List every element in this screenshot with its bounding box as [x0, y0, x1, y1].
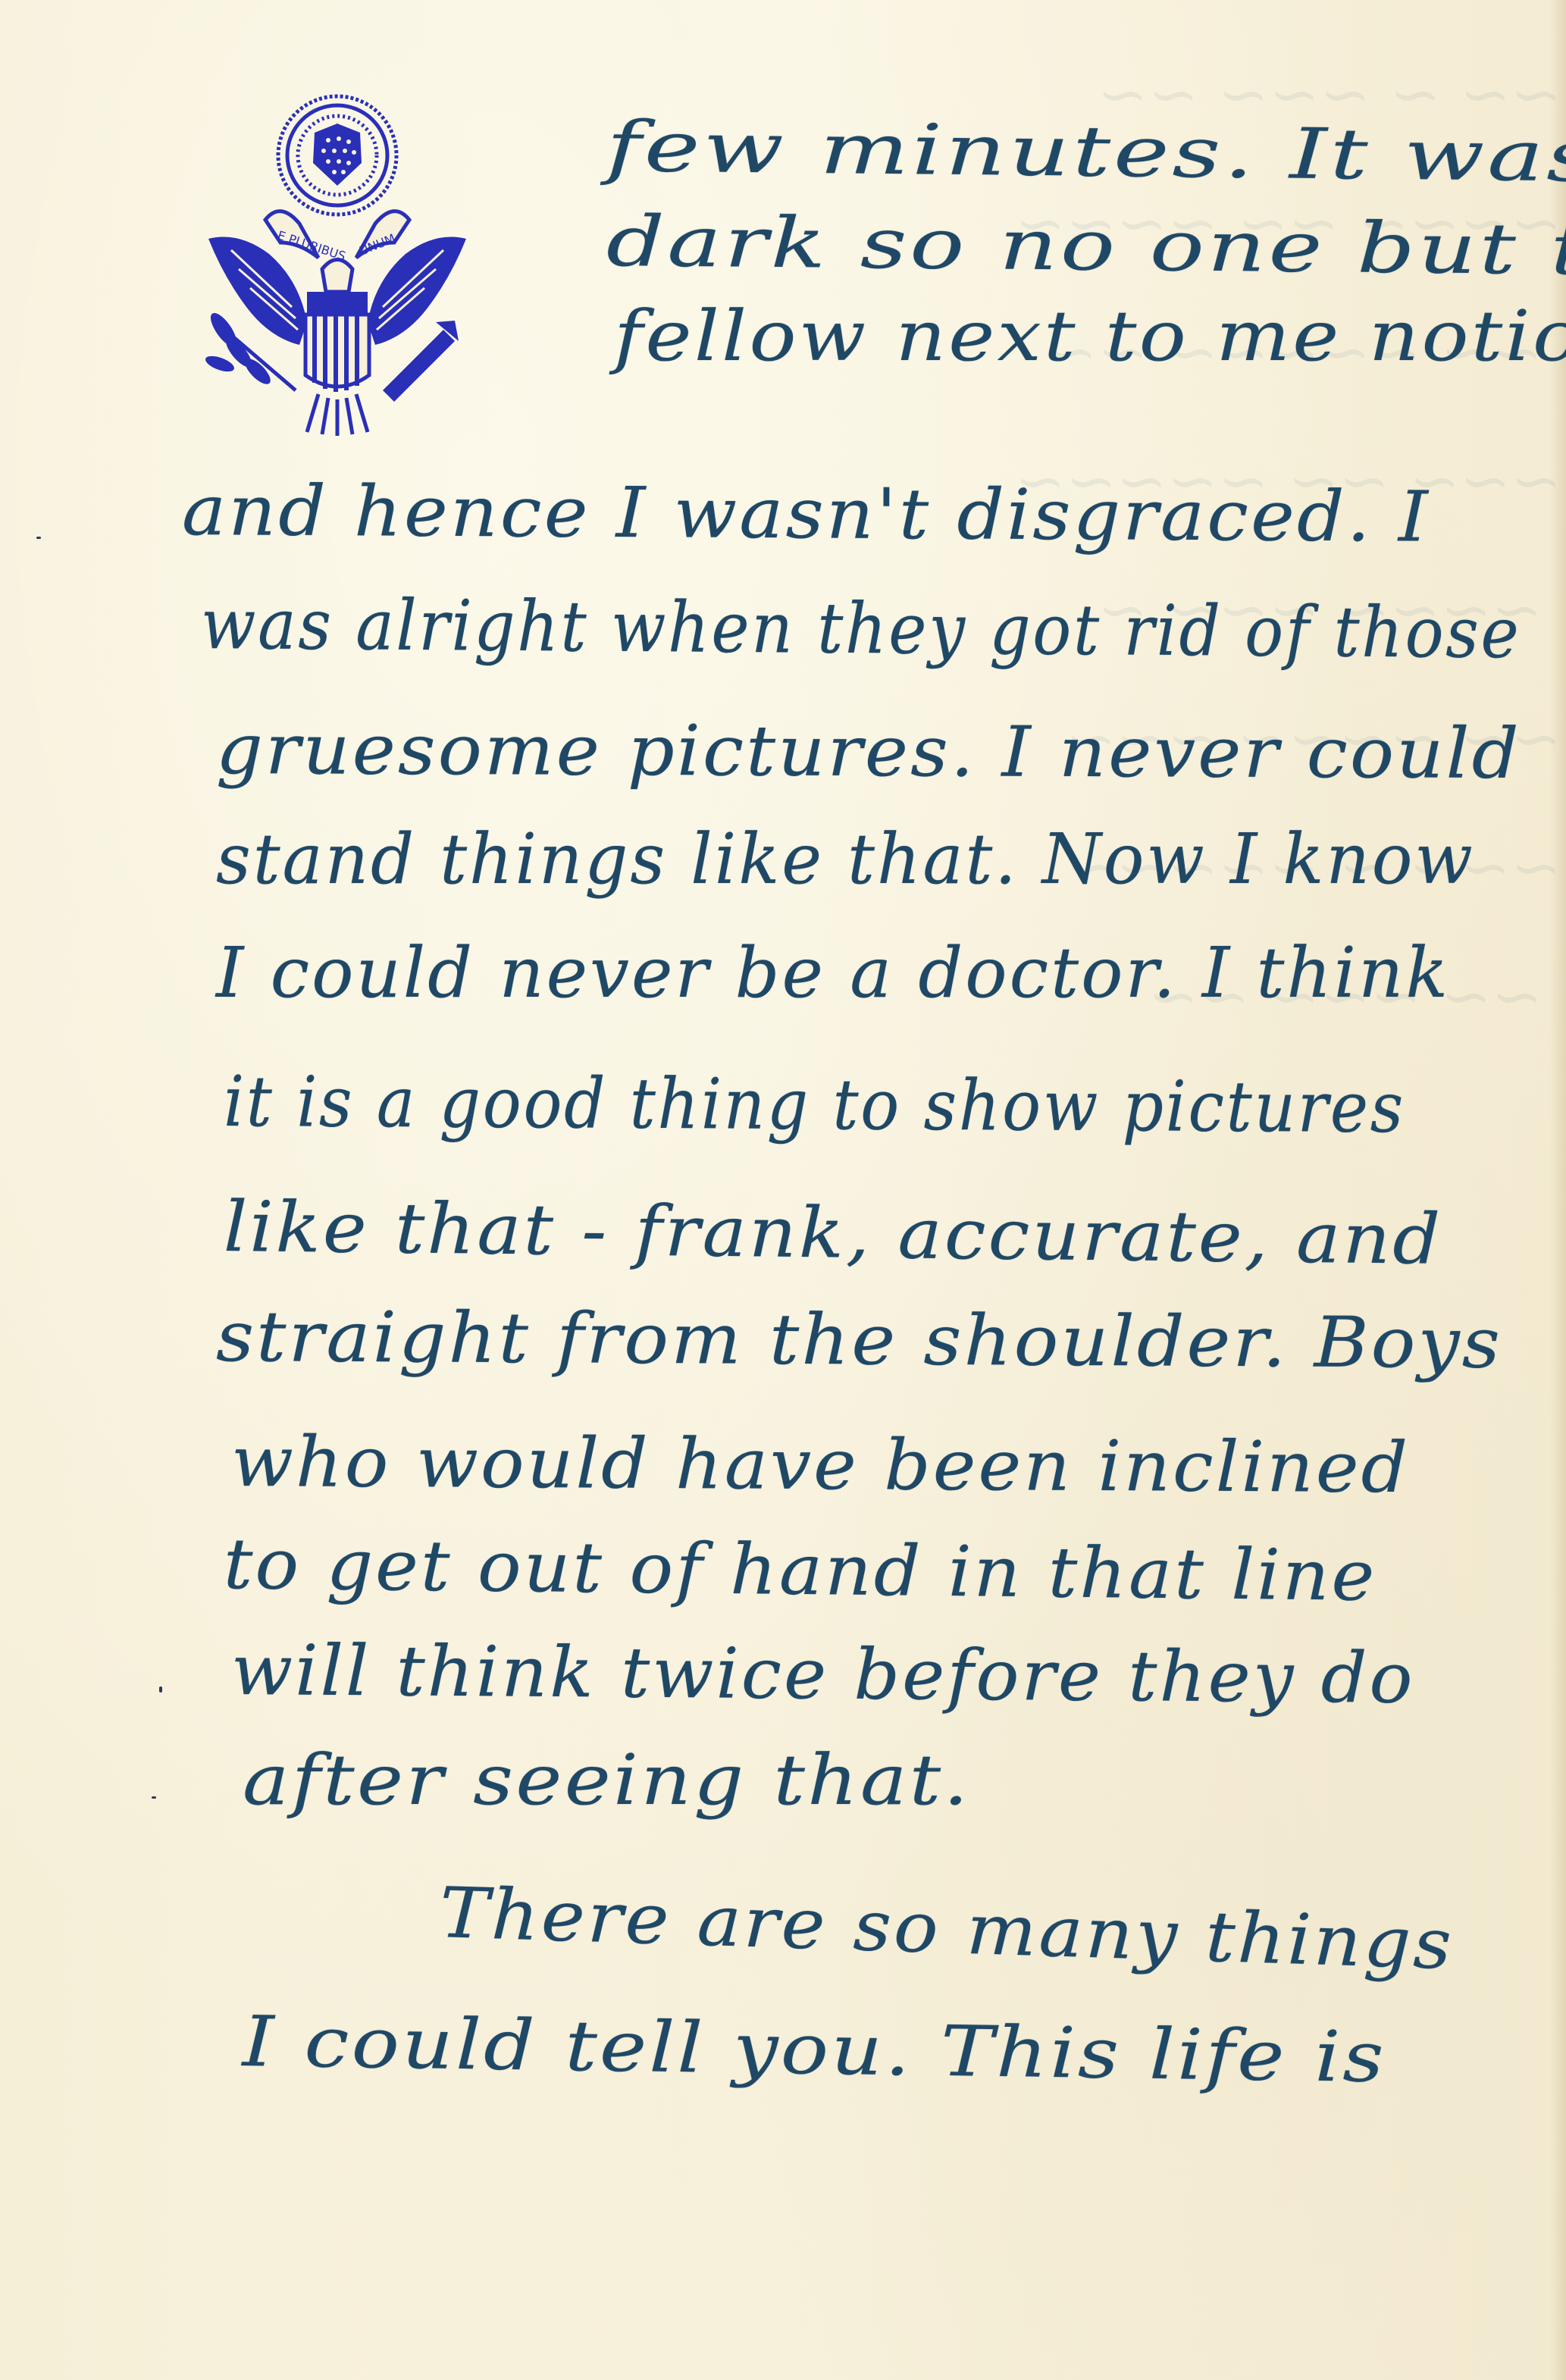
- letter-line-11: straight from the shoulder. Boys: [216, 1296, 1503, 1384]
- letter-line-12: who would have been inclined: [231, 1421, 1411, 1508]
- letter-line-8: I could never be a doctor. I think: [216, 932, 1450, 1013]
- letter-line-3: fellow next to me noticed,: [614, 296, 1566, 377]
- letter-line-17: I could tell you. This life is: [242, 2001, 1386, 2098]
- letter-line-4: and hence I wasn't disgraced. I: [182, 470, 1430, 558]
- letter-line-15: after seeing that.: [243, 1740, 971, 1821]
- letter-line-13: to get out of hand in that line: [223, 1524, 1377, 1617]
- margin-mark: [36, 537, 41, 539]
- letter-line-9: it is a good thing to show pictures: [224, 1061, 1406, 1148]
- letter-line-1: few minutes. It was: [606, 106, 1566, 198]
- letter-line-16: There are so many things: [438, 1872, 1455, 1985]
- letter-line-7: stand things like that. Now I know: [216, 819, 1475, 900]
- letter-line-14: will think twice before they do: [231, 1630, 1415, 1719]
- letter-line-6: gruesome pictures. I never could: [216, 709, 1521, 794]
- margin-mark: [159, 1686, 162, 1693]
- letter-line-10: like that - frank, accurate, and: [223, 1186, 1442, 1280]
- letter-page: E PLURIBUS UNUM: [0, 0, 1566, 2380]
- letter-line-2: dark so no one but the: [606, 201, 1566, 292]
- margin-mark: [152, 1796, 156, 1799]
- great-seal-eagle-icon: E PLURIBUS UNUM: [193, 80, 481, 436]
- letter-line-5: was alright when they got rid of those: [201, 584, 1521, 674]
